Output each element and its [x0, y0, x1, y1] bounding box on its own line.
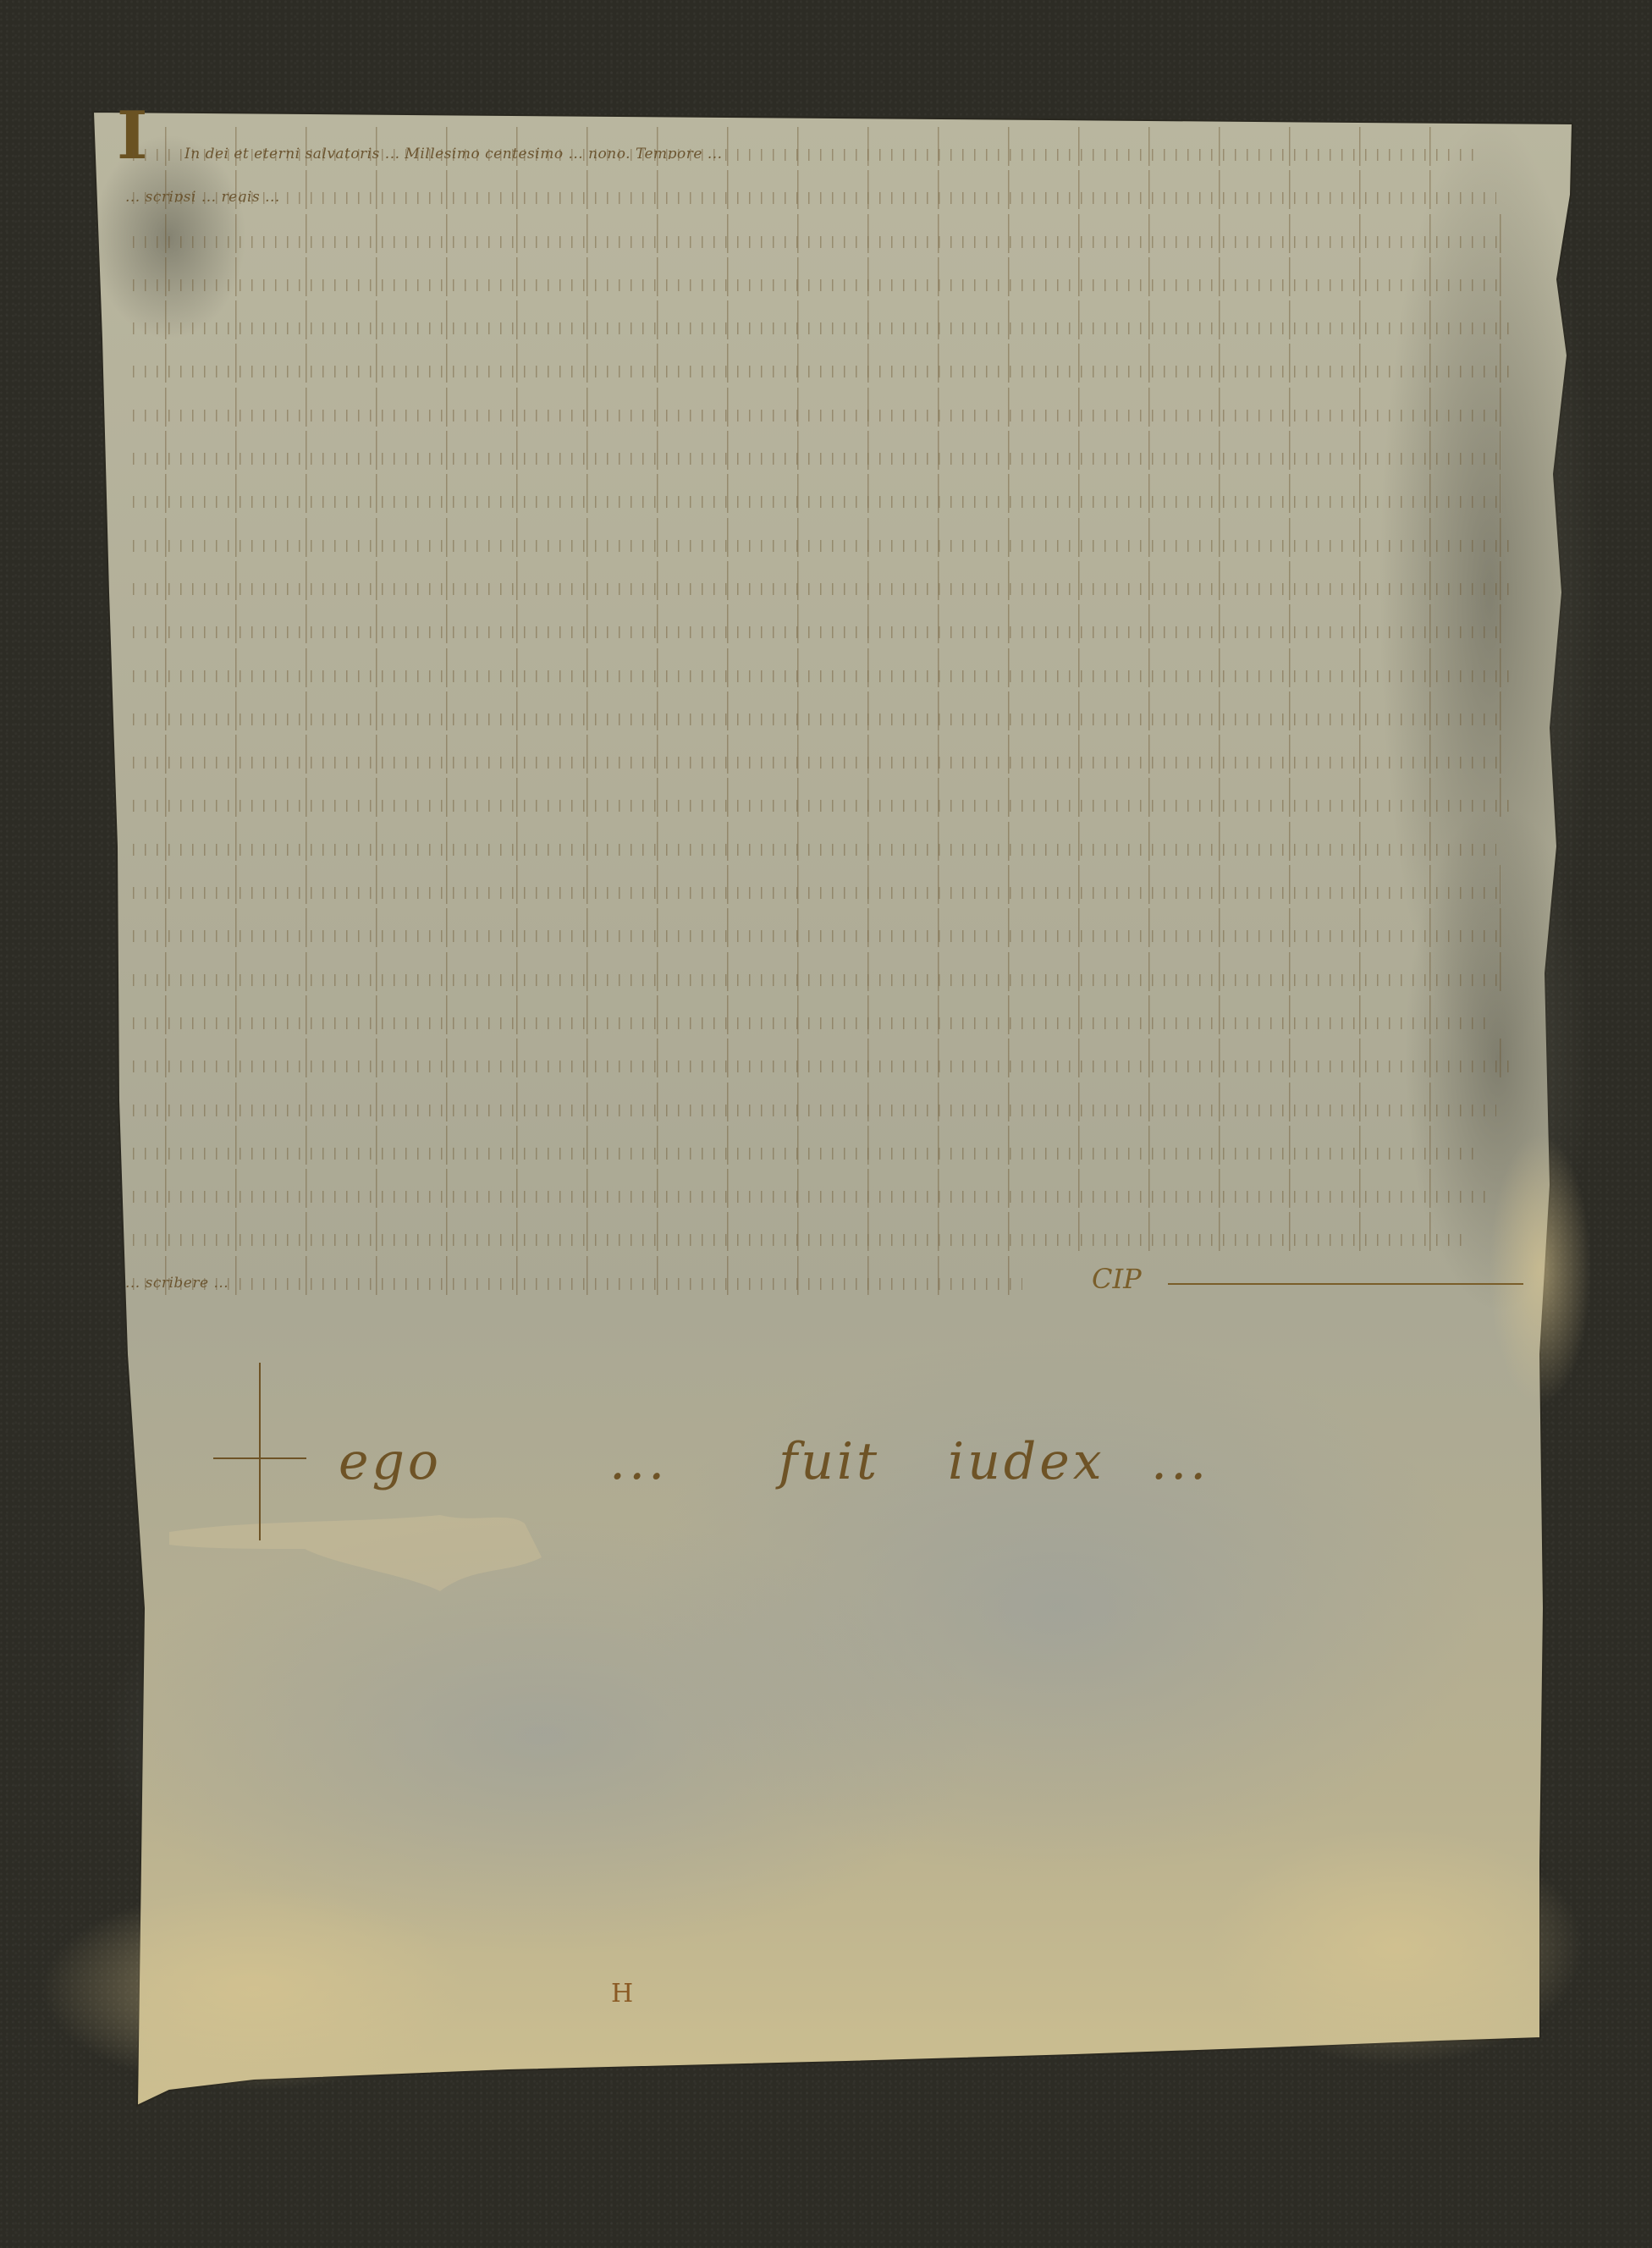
script-line: [125, 344, 1513, 387]
cross-icon-bar: [213, 1457, 306, 1459]
script-line-text: [125, 1187, 1488, 1201]
signature-word: ...: [1151, 1432, 1209, 1491]
script-line-text: [125, 493, 1501, 506]
script-line-text: [125, 753, 1505, 767]
script-line-text: [125, 537, 1513, 550]
script-line: [125, 1169, 1513, 1212]
script-line: [125, 214, 1513, 257]
script-line: [125, 1083, 1513, 1126]
script-line: [125, 648, 1513, 691]
script-line-text: ... scripsi ... regis ...: [125, 189, 1496, 202]
script-line: [125, 865, 1513, 908]
script-line: [125, 691, 1513, 735]
script-line: [125, 604, 1513, 647]
script-line: [125, 995, 1513, 1039]
script-line: [125, 1039, 1513, 1082]
script-line: [125, 257, 1513, 300]
script-line-text: [125, 971, 1505, 984]
script-line-text: [125, 362, 1509, 376]
signature-word: fuit: [779, 1432, 880, 1491]
cross-icon: [259, 1363, 261, 1540]
script-line-text: In dei et eterni salvatoris ... Millesim…: [184, 146, 1539, 159]
script-line-text: [125, 796, 1509, 810]
script-line: [125, 431, 1513, 474]
charter-text-body: In dei et eterni salvatoris ... Millesim…: [125, 127, 1513, 1299]
script-line-text: [125, 1101, 1496, 1115]
closing-monogram: CIP: [1092, 1263, 1142, 1295]
script-line: [125, 561, 1513, 604]
script-line-text: [125, 623, 1505, 636]
script-line-text: ... scribere ...: [125, 1275, 1022, 1288]
script-line-text: [125, 710, 1505, 724]
script-line: [125, 1212, 1513, 1255]
script-line-text: [125, 406, 1505, 420]
signature-word: ego: [339, 1432, 442, 1491]
closing-flourish-line: [1168, 1283, 1523, 1285]
script-line: ... scripsi ... regis ...: [125, 170, 1513, 213]
script-line: [125, 735, 1513, 778]
script-line: [125, 822, 1513, 865]
script-line-text: [125, 1231, 1471, 1244]
signature-word: ...: [609, 1432, 668, 1491]
script-line: [125, 300, 1513, 344]
subscription-signature: ego ... fuit iudex ...: [203, 1363, 1303, 1583]
script-line: ... scribere ...: [125, 1256, 1513, 1299]
script-line-text: [125, 884, 1501, 897]
script-line: [125, 778, 1513, 821]
script-line-text: [125, 276, 1505, 289]
script-line: [125, 908, 1513, 951]
script-line: [125, 952, 1513, 995]
script-line: [125, 388, 1513, 431]
script-line-text: [125, 1057, 1513, 1071]
script-line: [125, 474, 1513, 517]
script-line: In dei et eterni salvatoris ... Millesim…: [125, 127, 1513, 170]
script-line: [125, 518, 1513, 561]
script-line-text: [125, 927, 1505, 940]
script-line-text: [125, 580, 1509, 593]
signature-word: iudex: [948, 1432, 1105, 1491]
script-line-text: [125, 1014, 1492, 1028]
script-line: [125, 1126, 1513, 1169]
script-line-text: [125, 667, 1513, 680]
script-line-text: [125, 233, 1505, 246]
script-line-text: [125, 319, 1509, 333]
script-line-text: [125, 840, 1496, 854]
archival-mark: H: [611, 1979, 633, 2008]
script-line-text: [125, 1144, 1479, 1158]
script-line-text: [125, 449, 1501, 463]
